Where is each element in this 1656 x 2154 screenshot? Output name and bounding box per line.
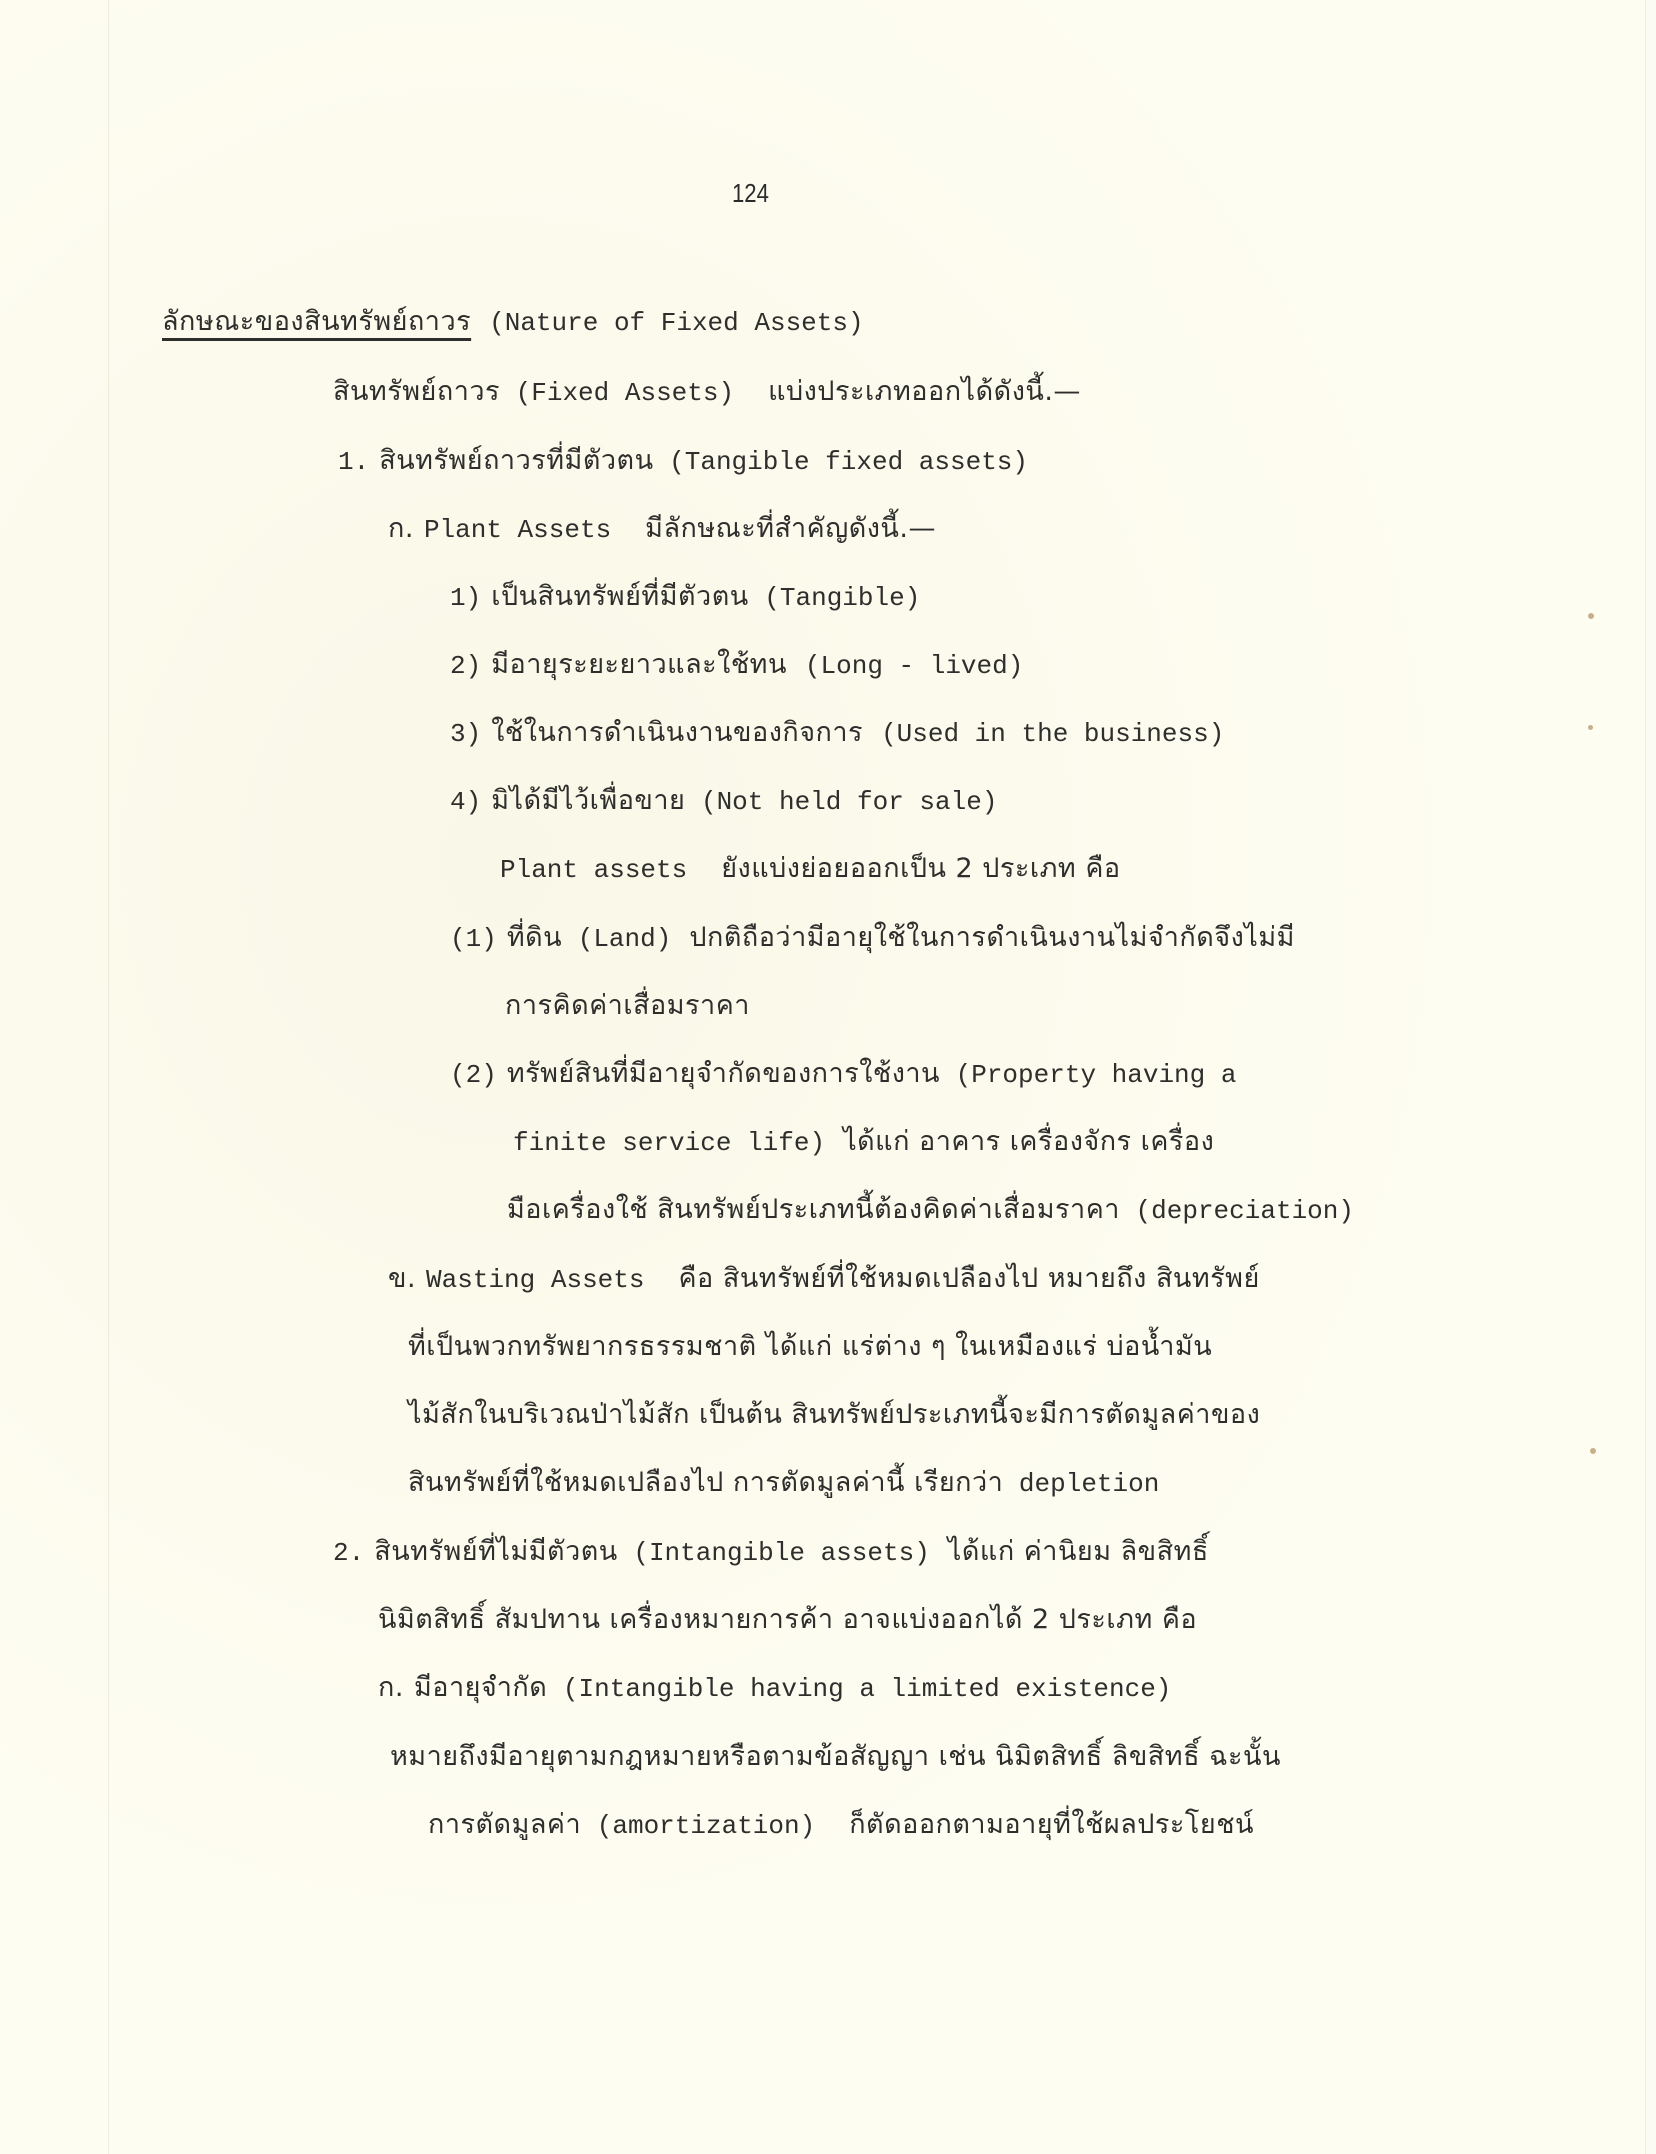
paper-speck bbox=[1590, 1448, 1596, 1454]
page-edge bbox=[1645, 0, 1656, 2154]
characteristic-item: 3)ใช้ในการดำเนินงานของกิจการ(Used in the… bbox=[450, 716, 1224, 751]
section-1-marker: 1. bbox=[338, 445, 369, 479]
characteristic-item: 2)มีอายุระยะยาวและใช้ทน(Long - lived) bbox=[450, 648, 1023, 683]
section-1-heading: 1.สินทรัพย์ถาวรที่มีตัวตน (Tangible fixe… bbox=[338, 444, 1028, 479]
intro-english: (Fixed Assets) bbox=[516, 378, 734, 408]
section-1-english: (Tangible fixed assets) bbox=[669, 447, 1028, 477]
section-2-line2: นิมิตสิทธิ์ สัมปทาน เครื่องหมายการค้า อา… bbox=[378, 1603, 1197, 1638]
characteristic-item: 1)เป็นสินทรัพย์ที่มีตัวตน (Tangible) bbox=[450, 580, 920, 615]
type-land: (1)ที่ดิน (Land)ปกติถือว่ามีอายุใช้ในการ… bbox=[450, 921, 1295, 956]
section-heading: ลักษณะของสินทรัพย์ถาวร(Nature of Fixed A… bbox=[162, 305, 864, 340]
intro-thai-rest: แบ่งประเภทออกได้ดังนี้.— bbox=[768, 376, 1081, 407]
wasting-assets-line3: ไม้สักในบริเวณป่าไม้สัก เป็นต้น สินทรัพย… bbox=[408, 1398, 1260, 1433]
paper-speck bbox=[1588, 613, 1594, 619]
plant-assets-marker: ก. bbox=[388, 512, 414, 546]
paper-fold-line bbox=[108, 0, 109, 2154]
paper-speck bbox=[1588, 725, 1593, 730]
type-finite-life: (2)ทรัพย์สินที่มีอายุจำกัดของการใช้งาน (… bbox=[450, 1057, 1236, 1092]
type-land-continued: การคิดค่าเสื่อมราคา bbox=[505, 989, 750, 1024]
section-2-heading: 2.สินทรัพย์ที่ไม่มีตัวตน (Intangible ass… bbox=[333, 1535, 1209, 1570]
wasting-assets-line4: สินทรัพย์ที่ใช้หมดเปลืองไป การตัดมูลค่าน… bbox=[408, 1466, 1159, 1501]
plant-assets-english: Plant Assets bbox=[424, 515, 611, 545]
intro-paragraph: สินทรัพย์ถาวร (Fixed Assets)แบ่งประเภทออ… bbox=[333, 375, 1081, 410]
scanned-page: 124 ลักษณะของสินทรัพย์ถาวร(Nature of Fix… bbox=[0, 0, 1656, 2154]
page-number: 124 bbox=[732, 178, 769, 209]
plant-assets-subdivision: Plant assetsยังแบ่งย่อยออกเป็น 2 ประเภท … bbox=[500, 852, 1121, 887]
wasting-assets-line2: ที่เป็นพวกทรัพยากรธรรมชาติ ได้แก่ แร่ต่า… bbox=[408, 1330, 1212, 1365]
plant-assets-heading: ก.Plant Assetsมีลักษณะที่สำคัญดังนี้.— bbox=[388, 512, 936, 547]
characteristic-item: 4)มิได้มีไว้เพื่อขาย (Not held for sale) bbox=[450, 784, 997, 819]
intro-thai-term: สินทรัพย์ถาวร bbox=[333, 376, 500, 407]
heading-thai: ลักษณะของสินทรัพย์ถาวร bbox=[162, 306, 471, 337]
plant-assets-thai: มีลักษณะที่สำคัญดังนี้.— bbox=[645, 513, 936, 544]
limited-existence-line2: หมายถึงมีอายุตามกฎหมายหรือตามข้อสัญญา เช… bbox=[390, 1740, 1281, 1775]
type-finite-life-line2: finite service life)ได้แก่ อาคาร เครื่อง… bbox=[513, 1125, 1214, 1160]
heading-english: (Nature of Fixed Assets) bbox=[489, 308, 863, 338]
type-finite-life-line3: มือเครื่องใช้ สินทรัพย์ประเภทนี้ต้องคิดค… bbox=[507, 1193, 1354, 1228]
section-1-thai: สินทรัพย์ถาวรที่มีตัวตน bbox=[379, 445, 653, 476]
wasting-assets-heading: ข.Wasting Assetsคือ สินทรัพย์ที่ใช้หมดเป… bbox=[388, 1262, 1260, 1297]
limited-existence-heading: ก.มีอายุจำกัด (Intangible having a limit… bbox=[378, 1671, 1171, 1706]
limited-existence-line3: การตัดมูลค่า (amortization)ก็ตัดออกตามอา… bbox=[428, 1808, 1254, 1843]
